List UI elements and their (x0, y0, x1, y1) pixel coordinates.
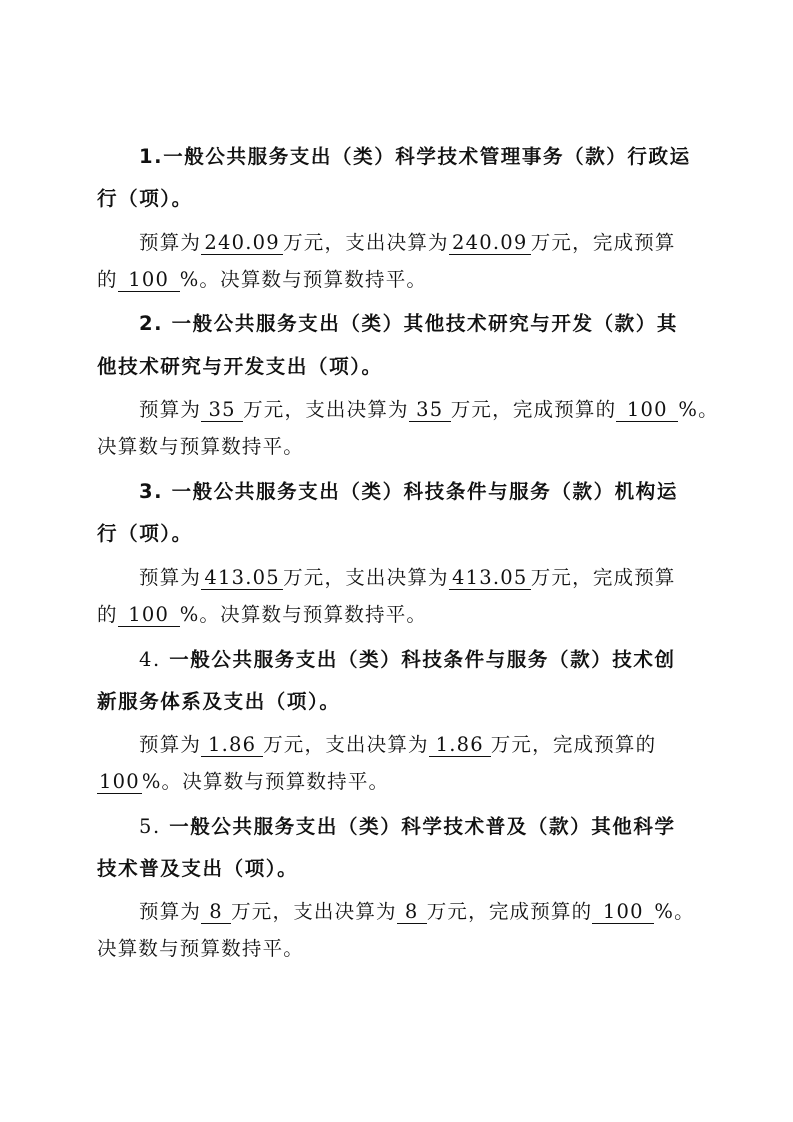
label: 预算为 (139, 566, 201, 589)
label: %。决算数与预算数持平。 (142, 770, 389, 793)
label: 万元，完成预算的 (427, 900, 593, 923)
actual-value: 8 (397, 901, 427, 924)
heading-text: 一般公共服务支出（类）科学技术普及（款）其他科学 (169, 815, 675, 838)
actual-value: 413.05 (449, 567, 531, 590)
rate-value: 100 (97, 771, 142, 794)
section-5-conclusion: 决算数与预算数持平。 (97, 935, 304, 963)
label: 预算为 (139, 398, 201, 421)
rate-value: 100 (616, 399, 678, 422)
rate-value: 100 (118, 604, 180, 627)
section-4-body-cont: 100%。决算数与预算数持平。 (97, 768, 389, 796)
label: 支出决算为 (305, 398, 409, 421)
section-4-heading-cont: 新服务体系及支出（项）。 (97, 688, 340, 716)
section-4-heading: 4. 一般公共服务支出（类）科技条件与服务（款）技术创 (139, 646, 676, 674)
label: 的 (97, 268, 118, 291)
label: %。决算数与预算数持平。 (180, 603, 427, 626)
label: 万元， (243, 398, 305, 421)
label: %。 (678, 398, 718, 421)
heading-text: 一般公共服务支出（类）科学技术管理事务（款）行政运 (163, 145, 691, 168)
section-2-heading-cont: 他技术研究与开发支出（项）。 (97, 353, 383, 381)
section-5-heading: 5. 一般公共服务支出（类）科学技术普及（款）其他科学 (139, 813, 676, 841)
section-3-body: 预算为413.05万元，支出决算为413.05万元，完成预算 (139, 564, 676, 592)
label: 万元， (263, 733, 325, 756)
actual-value: 35 (409, 399, 451, 422)
section-number: 5. (139, 815, 161, 838)
section-4-body: 预算为1.86万元，支出决算为1.86万元，完成预算的 (139, 731, 656, 759)
label: 万元， (283, 566, 345, 589)
section-number: 3. (139, 480, 163, 503)
section-3-heading: 3. 一般公共服务支出（类）科技条件与服务（款）机构运 (139, 478, 678, 506)
actual-value: 240.09 (449, 232, 531, 255)
section-number: 4. (139, 648, 161, 671)
actual-value: 1.86 (429, 734, 491, 757)
section-1-body-cont: 的100%。决算数与预算数持平。 (97, 266, 427, 294)
label: 预算为 (139, 231, 201, 254)
label: 支出决算为 (345, 566, 449, 589)
budget-value: 240.09 (201, 232, 283, 255)
label: 的 (97, 603, 118, 626)
rate-value: 100 (592, 901, 654, 924)
label: 万元，完成预算 (531, 231, 676, 254)
section-1-body: 预算为240.09万元，支出决算为240.09万元，完成预算 (139, 229, 676, 257)
section-2-heading: 2. 一般公共服务支出（类）其他技术研究与开发（款）其 (139, 310, 678, 338)
budget-value: 35 (201, 399, 243, 422)
label: 支出决算为 (325, 733, 429, 756)
document-page: 1.一般公共服务支出（类）科学技术管理事务（款）行政运 行（项）。 预算为240… (0, 0, 793, 1122)
section-number: 2. (139, 312, 163, 335)
label: 万元，完成预算的 (491, 733, 657, 756)
heading-text: 一般公共服务支出（类）科技条件与服务（款）技术创 (169, 648, 675, 671)
label: 万元， (231, 900, 293, 923)
section-5-body: 预算为8万元，支出决算为8万元，完成预算的100%。 (139, 898, 695, 926)
section-1-heading: 1.一般公共服务支出（类）科学技术管理事务（款）行政运 (139, 143, 691, 171)
section-3-body-cont: 的100%。决算数与预算数持平。 (97, 601, 427, 629)
label: 万元，完成预算的 (451, 398, 617, 421)
section-2-conclusion: 决算数与预算数持平。 (97, 433, 304, 461)
section-3-heading-cont: 行（项）。 (97, 520, 193, 548)
heading-text: 一般公共服务支出（类）其他技术研究与开发（款）其 (172, 312, 678, 335)
budget-value: 8 (201, 901, 231, 924)
budget-value: 413.05 (201, 567, 283, 590)
label: 预算为 (139, 733, 201, 756)
label: 预算为 (139, 900, 201, 923)
label: 支出决算为 (293, 900, 397, 923)
label: 支出决算为 (345, 231, 449, 254)
section-2-body: 预算为35万元，支出决算为35万元，完成预算的100%。 (139, 396, 719, 424)
label: %。 (654, 900, 694, 923)
budget-value: 1.86 (201, 734, 263, 757)
label: 万元， (283, 231, 345, 254)
heading-text: 一般公共服务支出（类）科技条件与服务（款）机构运 (172, 480, 678, 503)
section-number: 1. (139, 145, 163, 168)
label: 万元，完成预算 (531, 566, 676, 589)
section-5-heading-cont: 技术普及支出（项）。 (97, 855, 298, 883)
section-1-heading-cont: 行（项）。 (97, 185, 193, 213)
label: %。决算数与预算数持平。 (180, 268, 427, 291)
rate-value: 100 (118, 269, 180, 292)
